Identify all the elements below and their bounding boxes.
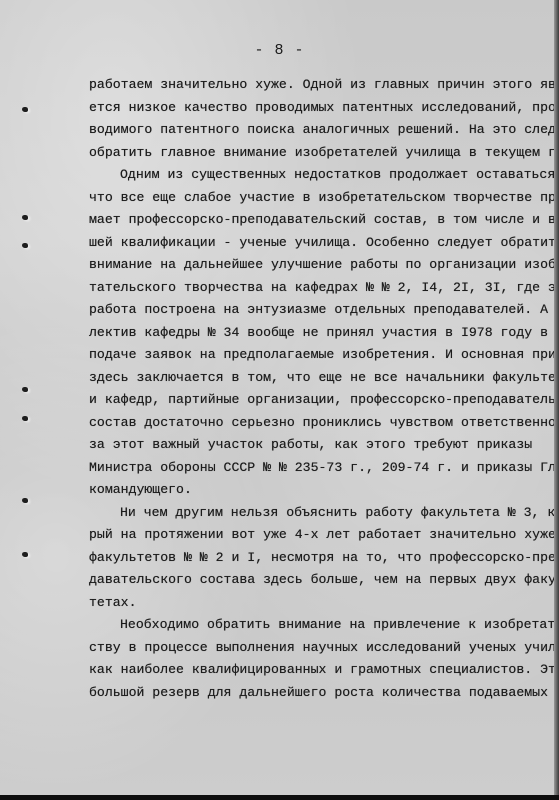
text-line: ству в процессе выполнения научных иссле… bbox=[89, 637, 559, 660]
scan-border bbox=[0, 795, 559, 800]
text-line: большой резерв для дальнейшего роста кол… bbox=[89, 682, 559, 705]
text-line: мает профессорско-преподавательский сост… bbox=[89, 209, 559, 232]
text-line: как наиболее квалифицированных и грамотн… bbox=[89, 659, 559, 682]
binding-hole bbox=[22, 387, 28, 392]
text-line: давательского состава здесь больше, чем … bbox=[89, 569, 559, 592]
text-line: Министра обороны СССР № № 235-73 г., 209… bbox=[89, 457, 559, 480]
text-line: ется низкое качество проводимых патентны… bbox=[89, 97, 559, 120]
binding-hole bbox=[22, 243, 28, 248]
binding-hole bbox=[22, 215, 28, 220]
body-text: работаем значительно хуже. Одной из глав… bbox=[89, 74, 559, 704]
binding-hole bbox=[22, 107, 28, 112]
binding-hole bbox=[22, 552, 28, 557]
text-line: Необходимо обратить внимание на привлече… bbox=[89, 614, 559, 637]
text-line: факультетов № № 2 и I, несмотря на то, ч… bbox=[89, 547, 559, 570]
text-line: тательского творчества на кафедрах № № 2… bbox=[89, 277, 559, 300]
page-number: - 8 - bbox=[0, 42, 559, 59]
text-line: обратить главное внимание изобретателей … bbox=[89, 142, 559, 165]
binding-hole bbox=[22, 416, 28, 421]
binding-hole bbox=[22, 498, 28, 503]
text-line: рый на протяжении вот уже 4-х лет работа… bbox=[89, 524, 559, 547]
text-line: работаем значительно хуже. Одной из глав… bbox=[89, 74, 559, 97]
page-edge-shadow bbox=[554, 0, 559, 795]
text-line: Ни чем другим нельзя объяснить работу фа… bbox=[89, 502, 559, 525]
text-line: работа построена на энтузиазме отдельных… bbox=[89, 299, 559, 322]
text-line: тетах. bbox=[89, 592, 559, 615]
text-line: водимого патентного поиска аналогичных р… bbox=[89, 119, 559, 142]
typewritten-page: - 8 - работаем значительно хуже. Одной и… bbox=[0, 0, 559, 795]
text-line: и кафедр, партийные организации, професс… bbox=[89, 389, 559, 412]
text-line: подаче заявок на предполагаемые изобрете… bbox=[89, 344, 559, 367]
text-line: состав достаточно серьезно прониклись чу… bbox=[89, 412, 559, 435]
text-line: шей квалификации - ученые училища. Особе… bbox=[89, 232, 559, 255]
text-line: здесь заключается в том, что еще не все … bbox=[89, 367, 559, 390]
text-line: что все еще слабое участие в изобретател… bbox=[89, 187, 559, 210]
text-line: за этот важный участок работы, как этого… bbox=[89, 434, 559, 457]
text-line: Одним из существенных недостатков продол… bbox=[89, 164, 559, 187]
text-line: внимание на дальнейшее улучшение работы … bbox=[89, 254, 559, 277]
text-line: командующего. bbox=[89, 479, 559, 502]
text-line: лектив кафедры № 34 вообще не принял уча… bbox=[89, 322, 559, 345]
